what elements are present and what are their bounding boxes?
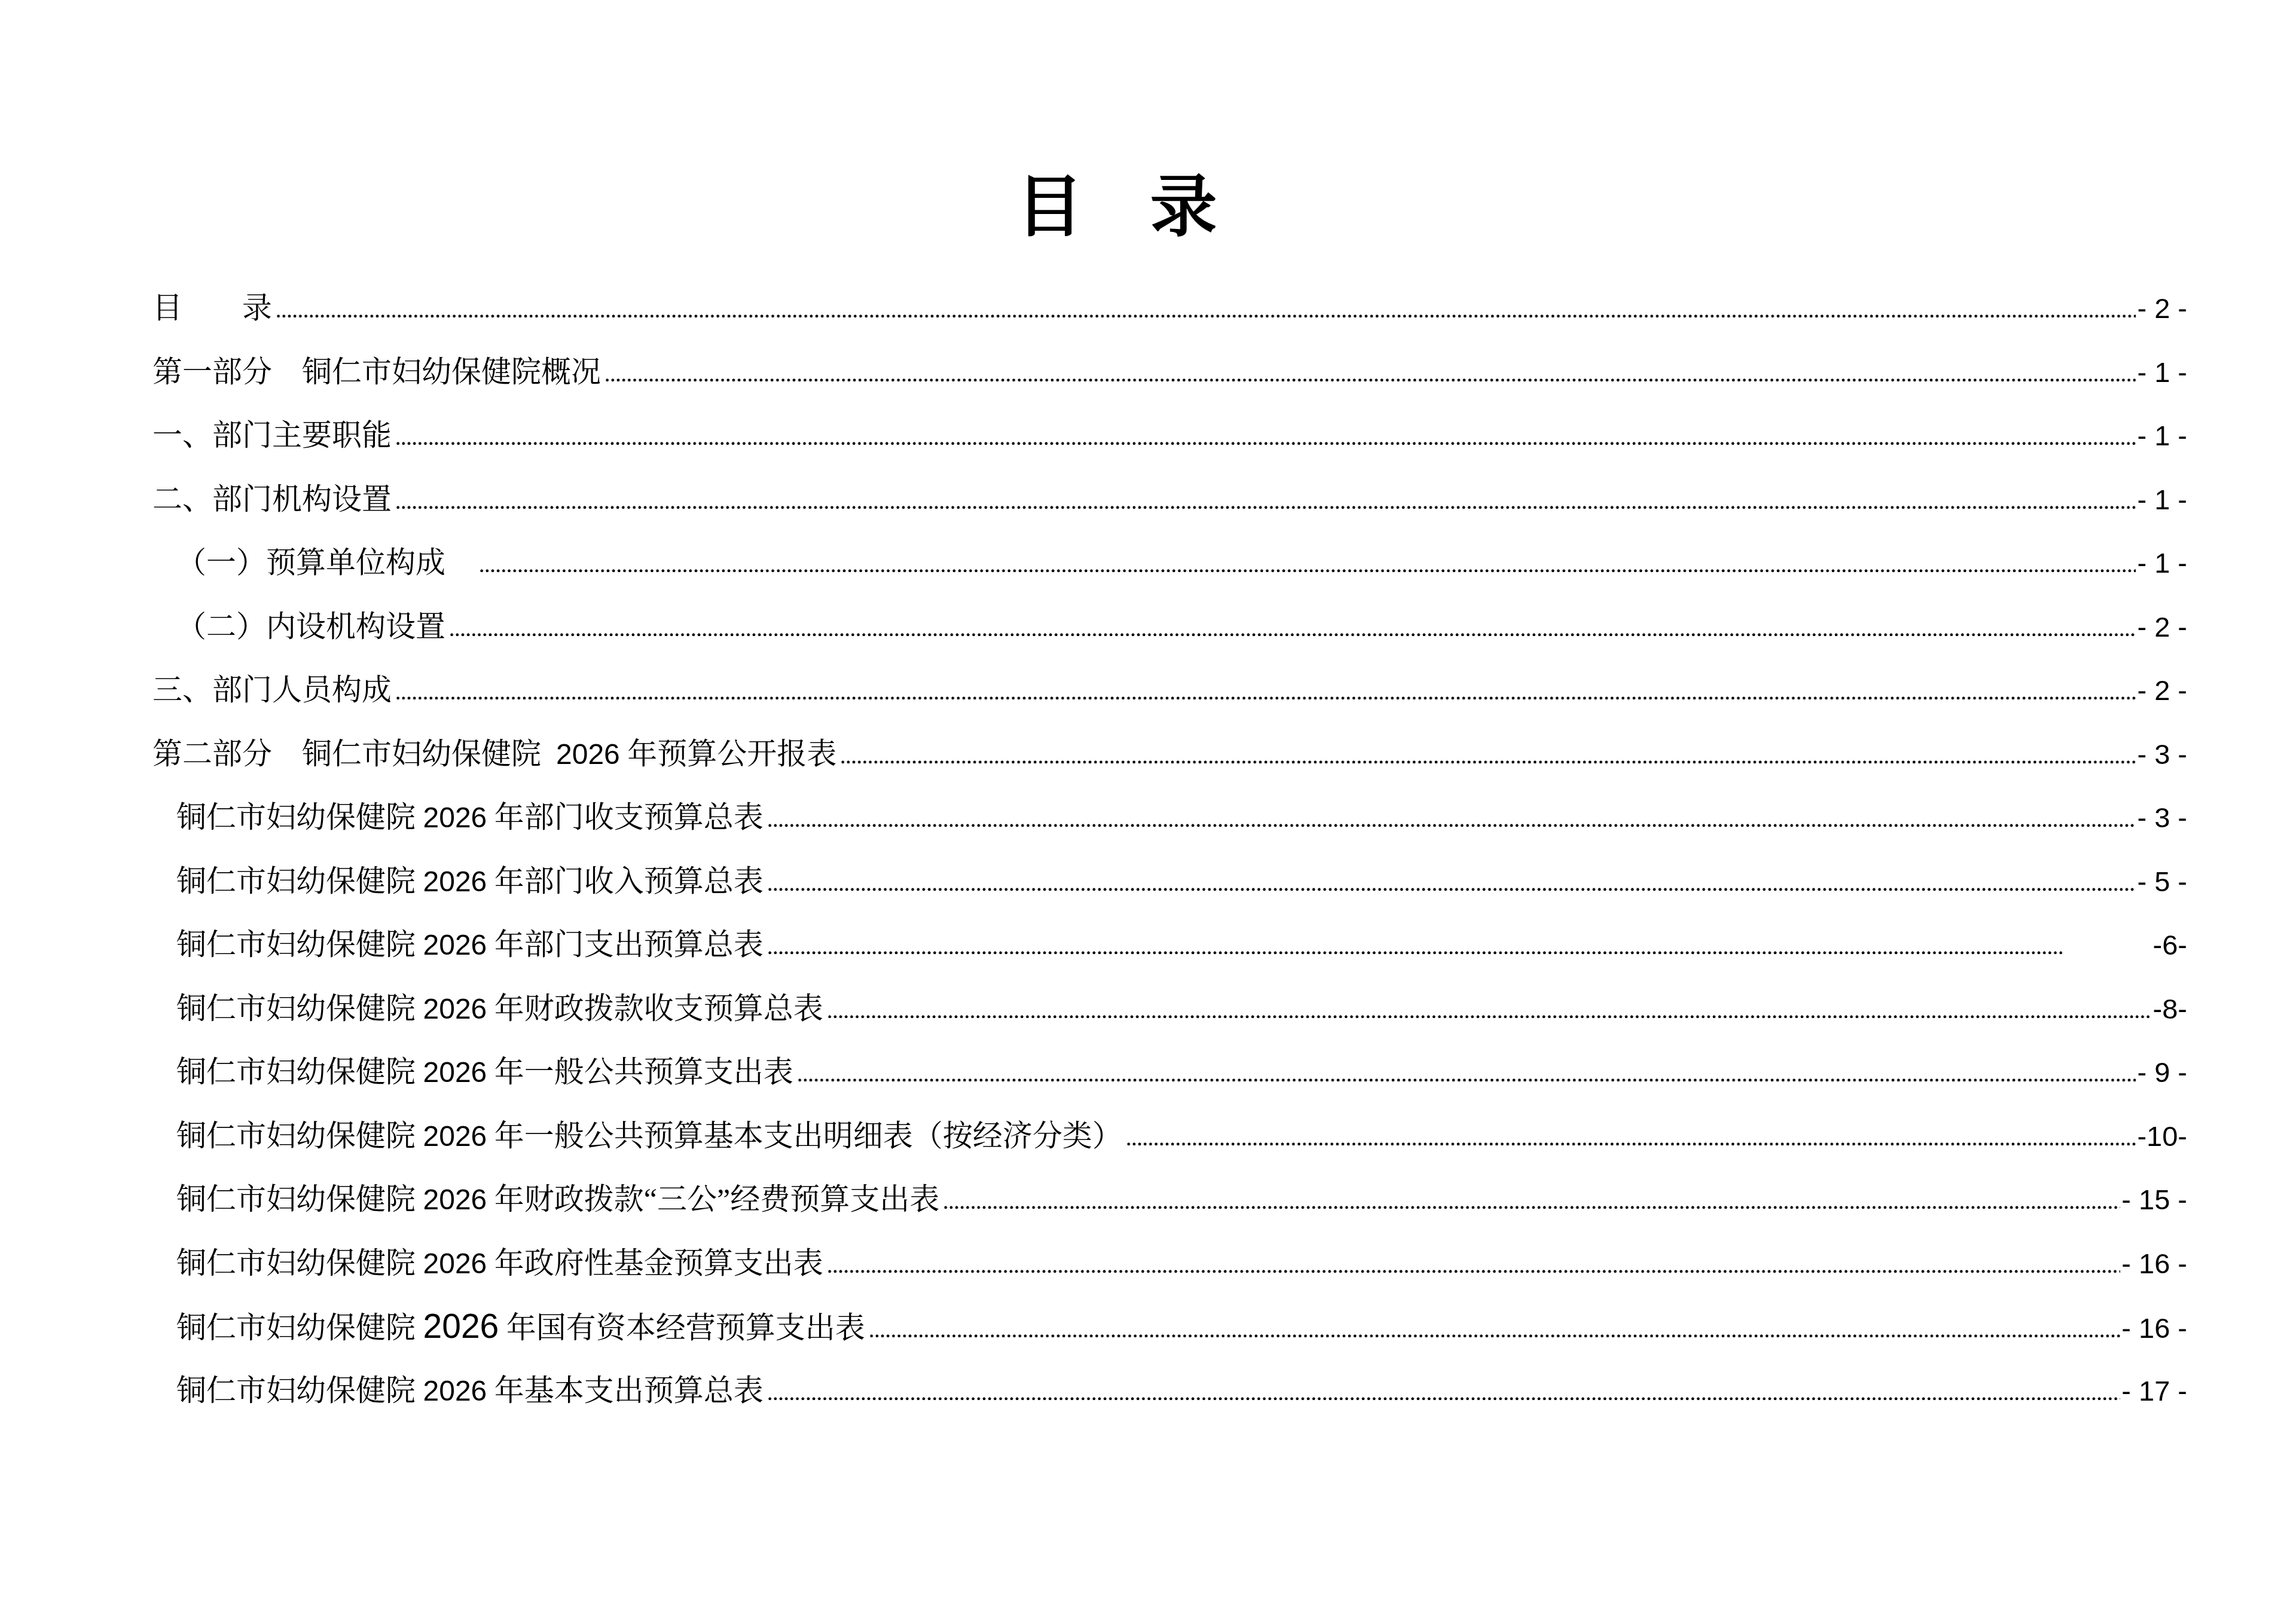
dot-leader <box>943 1203 2120 1209</box>
toc-entry-label: （一）预算单位构成 <box>176 531 475 595</box>
toc-row[interactable]: 铜仁市妇幼保健院 2026 年部门支出预算总表-6- <box>152 913 2187 977</box>
toc-list: 目 录- 2 -第一部分 铜仁市妇幼保健院概况- 1 -一、部门主要职能- 1 … <box>152 276 2187 1422</box>
toc-row[interactable]: 铜仁市妇幼保健院 2026 年一般公共预算基本支出明细表（按经济分类）-10- <box>152 1104 2187 1168</box>
dot-leader <box>797 1076 2136 1082</box>
toc-row[interactable]: （一）预算单位构成 - 1 - <box>152 531 2187 595</box>
year-number: 2026 <box>423 1184 487 1216</box>
dot-leader <box>449 631 2136 637</box>
toc-entry-label: 二、部门机构设置 <box>152 467 392 531</box>
toc-entry-label: 目 录 <box>152 276 272 340</box>
page-number: - 16 - <box>2121 1297 2187 1361</box>
toc-entry-label: 铜仁市妇幼保健院 2026 年基本支出预算总表 <box>176 1359 764 1424</box>
toc-entry-label: 铜仁市妇幼保健院 2026 年一般公共预算支出表 <box>176 1040 793 1105</box>
toc-entry-label: 第二部分 铜仁市妇幼保健院 2026 年预算公开报表 <box>152 722 836 787</box>
page-number: - 9 - <box>2137 1041 2187 1105</box>
dot-leader <box>395 503 2136 509</box>
dot-leader <box>604 376 2136 382</box>
page-number: - 2 - <box>2137 595 2187 659</box>
year-number: 2026 <box>423 1057 487 1089</box>
year-number: 2026 <box>423 1121 487 1153</box>
toc-entry-label: 铜仁市妇幼保健院 2026 年财政拨款“三公”经费预算支出表 <box>176 1167 939 1233</box>
dot-leader <box>869 1332 2120 1338</box>
toc-row[interactable]: 铜仁市妇幼保健院 2026 年财政拨款“三公”经费预算支出表- 15 - <box>152 1167 2187 1231</box>
toc-entry-label: 铜仁市妇幼保健院 2026 年政府性基金预算支出表 <box>176 1231 823 1297</box>
year-number: 2026 <box>423 1248 487 1280</box>
page-number: - 5 - <box>2137 850 2187 914</box>
toc-row[interactable]: 第二部分 铜仁市妇幼保健院 2026 年预算公开报表- 3 - <box>152 722 2187 786</box>
toc-row[interactable]: 二、部门机构设置- 1 - <box>152 467 2187 531</box>
toc-entry-label: 铜仁市妇幼保健院 2026 年部门收支预算总表 <box>176 785 764 851</box>
page-number: - 1 - <box>2137 404 2187 468</box>
dot-leader <box>767 821 2136 827</box>
page-number: -8- <box>2153 977 2187 1041</box>
dot-leader <box>827 1267 2121 1273</box>
page-number: -10- <box>2137 1105 2187 1169</box>
page-number: - 3 - <box>2137 723 2187 787</box>
page-number: - 17 - <box>2121 1359 2187 1423</box>
toc-entry-label: 铜仁市妇幼保健院 2026 年部门收入预算总表 <box>176 849 764 915</box>
toc-row[interactable]: （二）内设机构设置- 2 - <box>152 595 2187 659</box>
dot-leader <box>827 1013 2152 1019</box>
toc-row[interactable]: 铜仁市妇幼保健院 2026 年财政拨款收支预算总表-8- <box>152 977 2187 1041</box>
page-number: - 15 - <box>2121 1168 2187 1232</box>
toc-entry-label: （二）内设机构设置 <box>176 595 445 659</box>
toc-row[interactable]: 铜仁市妇幼保健院 2026 年基本支出预算总表- 17 - <box>152 1359 2187 1423</box>
page-number: - 1 - <box>2137 531 2187 595</box>
toc-row[interactable]: 铜仁市妇幼保健院 2026 年部门收入预算总表- 5 - <box>152 849 2187 913</box>
toc-row[interactable]: 铜仁市妇幼保健院 2026 年部门收支预算总表- 3 - <box>152 785 2187 849</box>
page-number: - 16 - <box>2121 1232 2187 1296</box>
page-number: - 1 - <box>2137 341 2187 405</box>
toc-row[interactable]: 目 录- 2 - <box>152 276 2187 340</box>
page-number: - 2 - <box>2137 659 2187 723</box>
toc-entry-label: 三、部门人员构成 <box>152 658 392 722</box>
year-number: 2026 <box>423 1307 499 1346</box>
year-number: 2026 <box>423 994 487 1025</box>
dot-leader <box>395 694 2136 700</box>
toc-entry-label: 铜仁市妇幼保健院 2026 年一般公共预算基本支出明细表（按经济分类） <box>176 1104 1122 1169</box>
document-page: 目 录 目 录- 2 -第一部分 铜仁市妇幼保健院概况- 1 -一、部门主要职能… <box>0 0 2296 1623</box>
dot-leader <box>767 1395 2121 1401</box>
toc-row[interactable]: 铜仁市妇幼保健院 2026 年一般公共预算支出表- 9 - <box>152 1040 2187 1104</box>
page-number: -6- <box>2063 913 2187 977</box>
toc-row[interactable]: 第一部分 铜仁市妇幼保健院概况- 1 - <box>152 340 2187 404</box>
toc-row[interactable]: 铜仁市妇幼保健院 2026 年国有资本经营预算支出表- 16 - <box>152 1295 2187 1359</box>
toc-row[interactable]: 铜仁市妇幼保健院 2026 年政府性基金预算支出表- 16 - <box>152 1231 2187 1295</box>
dot-leader <box>767 885 2136 891</box>
page-number: - 3 - <box>2137 786 2187 850</box>
page-title: 目 录 <box>0 175 2233 242</box>
dot-leader <box>767 949 2062 955</box>
toc-entry-label: 第一部分 铜仁市妇幼保健院概况 <box>152 340 601 404</box>
year-number: 2026 <box>423 866 487 898</box>
toc-entry-label: 铜仁市妇幼保健院 2026 年国有资本经营预算支出表 <box>176 1295 865 1360</box>
year-number: 2026 <box>556 739 620 771</box>
dot-leader <box>840 758 2136 764</box>
year-number: 2026 <box>423 930 487 961</box>
dot-leader <box>479 567 2136 573</box>
page-number: - 1 - <box>2137 468 2187 532</box>
toc-entry-label: 一、部门主要职能 <box>152 404 392 467</box>
year-number: 2026 <box>423 802 487 834</box>
dot-leader <box>1126 1140 2136 1146</box>
year-number: 2026 <box>423 1376 487 1407</box>
toc-row[interactable]: 一、部门主要职能- 1 - <box>152 404 2187 467</box>
page-number: - 2 - <box>2137 277 2187 341</box>
dot-leader <box>276 312 2136 318</box>
toc-entry-label: 铜仁市妇幼保健院 2026 年财政拨款收支预算总表 <box>176 977 823 1042</box>
toc-row[interactable]: 三、部门人员构成- 2 - <box>152 658 2187 722</box>
dot-leader <box>395 439 2136 445</box>
toc-entry-label: 铜仁市妇幼保健院 2026 年部门支出预算总表 <box>176 913 764 978</box>
